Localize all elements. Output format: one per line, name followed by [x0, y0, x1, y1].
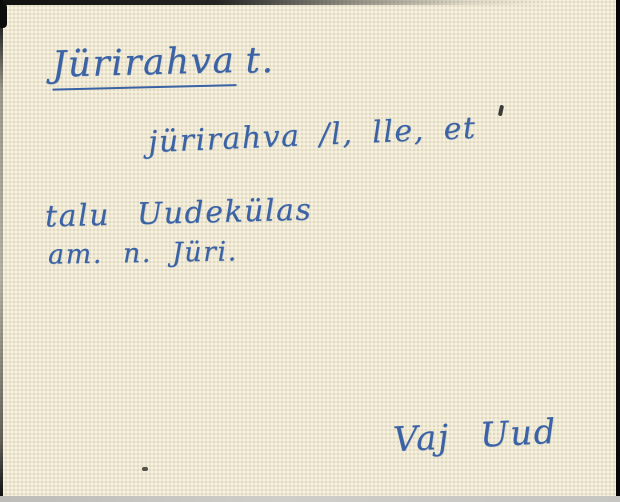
note-line-case-forms: jürirahva /l, lle, et: [147, 111, 477, 160]
card-title-suffix: t.: [245, 40, 275, 81]
collector-signature: Vaj Uud: [392, 412, 558, 461]
card-title: Jürirahvat.: [52, 40, 275, 90]
scanned-card: Jürirahvat. jürirahva /l, lle, et talu U…: [0, 0, 620, 502]
ink-speck: [142, 467, 148, 471]
scan-edge-top: [0, 0, 620, 5]
note-line-location: talu Uudekülas: [45, 193, 313, 235]
scan-edge-bottom: [0, 496, 620, 502]
note-line-owner-name: am. n. Jüri.: [48, 236, 238, 270]
scan-corner-blob: [0, 4, 7, 28]
card-title-underlined: Jürirahva: [51, 40, 236, 90]
scan-edge-right: [616, 0, 620, 502]
scan-edge-left: [0, 0, 3, 502]
ink-speck: [498, 105, 504, 117]
